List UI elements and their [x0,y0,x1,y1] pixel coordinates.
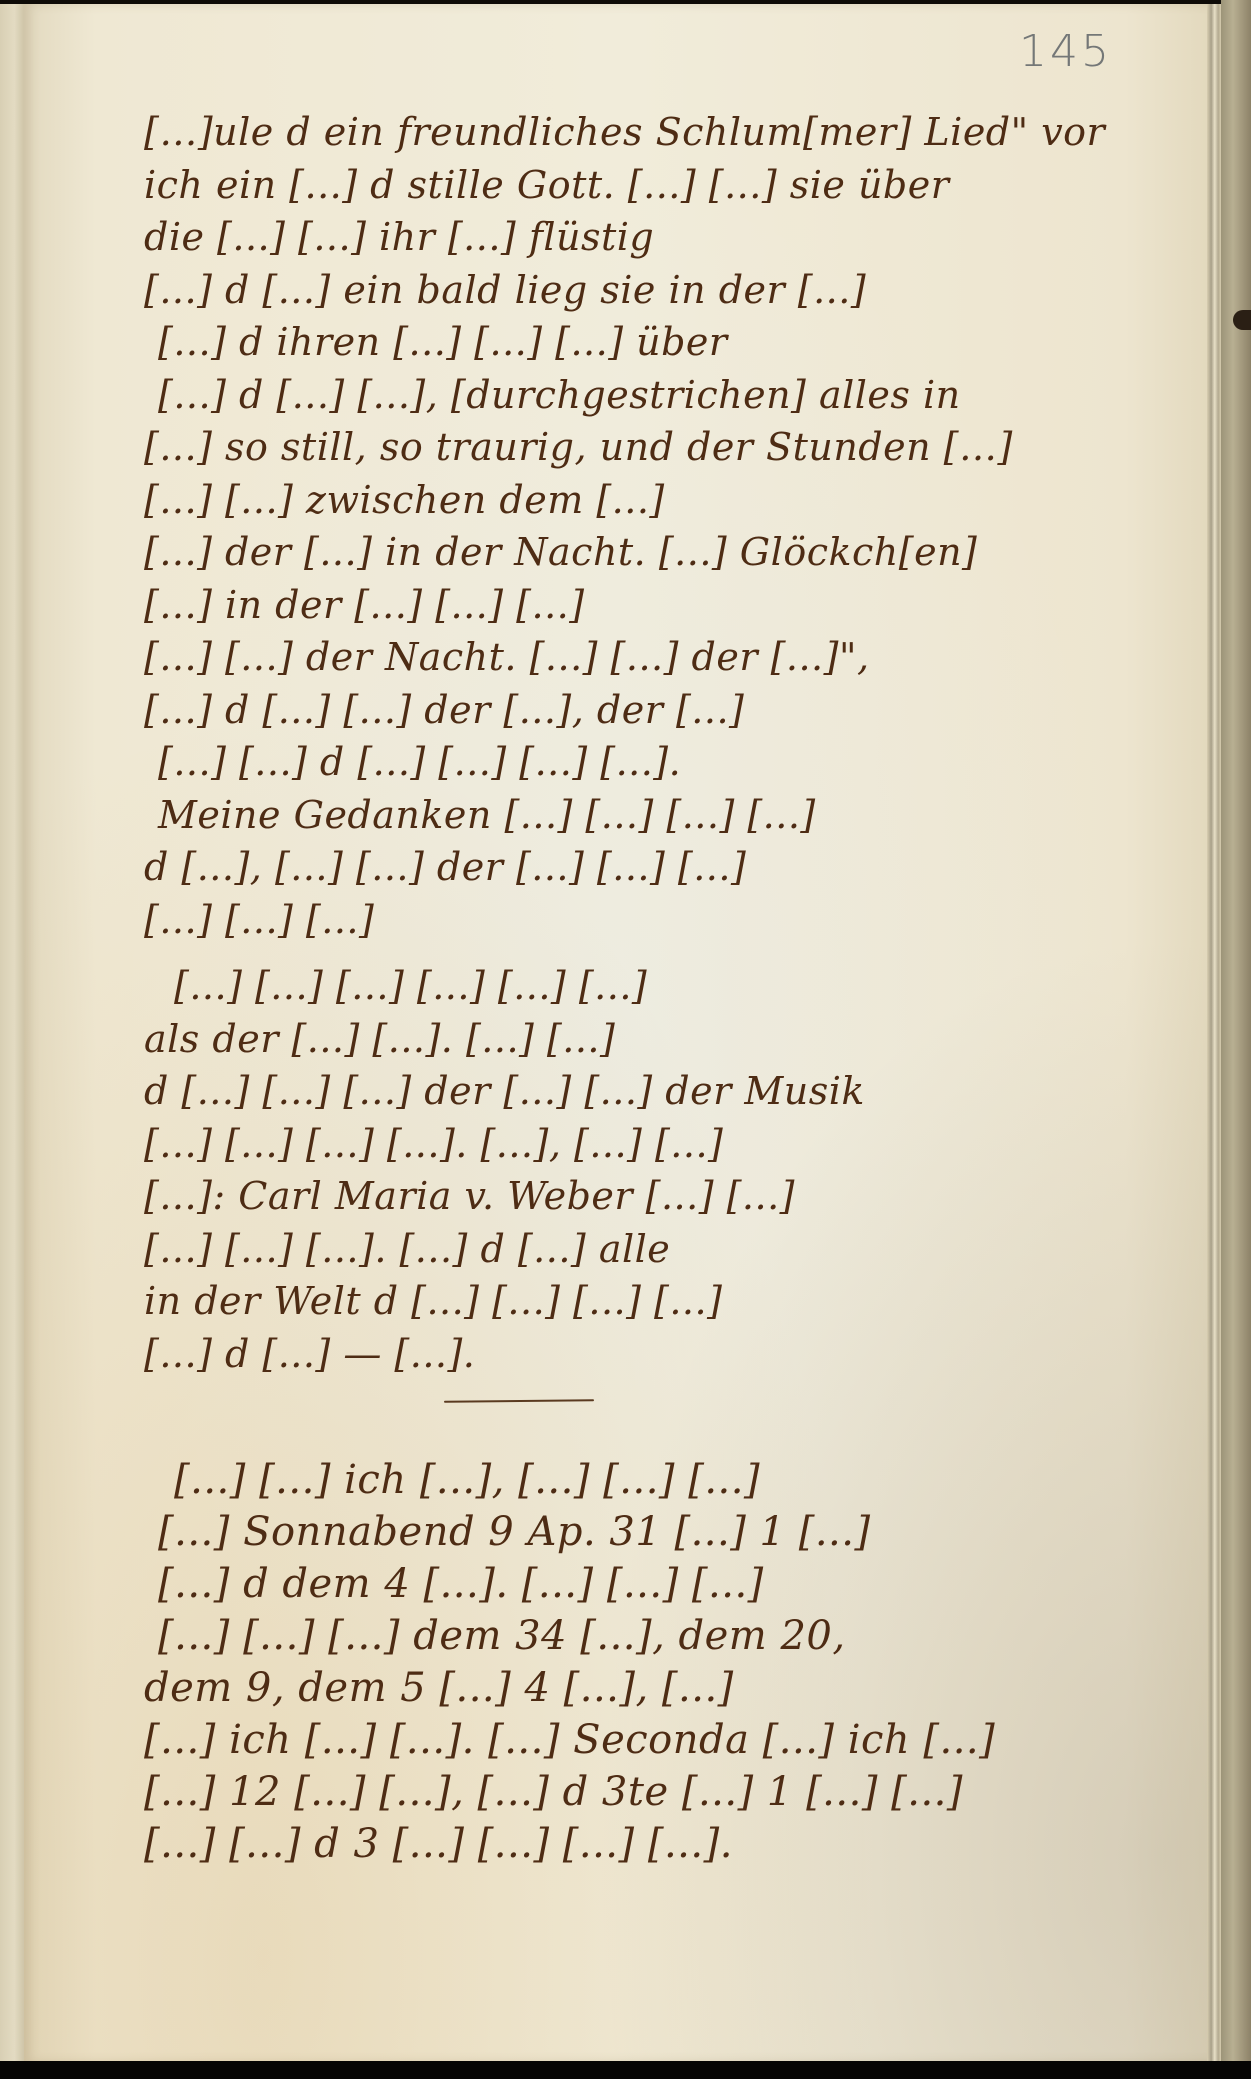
text-line: [...] Sonnabend 9 Ap. 31 [...] 1 [...] [144,1506,1004,1558]
text-line: dem 9, dem 5 [...] 4 [...], [...] [144,1662,1004,1714]
book-cover-edge [1221,0,1251,2079]
manuscript-page: 145 […]ule d ein freundliches Schlum[mer… [24,4,1221,2062]
section-divider-rule [444,1399,594,1403]
text-line: [...] [...] [...] [...]. [...], [...] [.… [144,1118,1004,1171]
paragraph-3: [...] [...] [...] [...] [...] [...] als … [144,960,1004,1380]
paragraph-1: […]ule d ein freundliches Schlum[mer] Li… [144,106,1004,789]
text-line: [...] [...] zwischen dem [...] [144,474,1004,527]
binding-tab [1233,310,1251,330]
text-line: als der [...] [...]. [...] [...] [144,1013,1004,1066]
text-line: […]ule d ein freundliches Schlum[mer] Li… [144,106,1004,159]
text-line: [...] so still, so traurig, und der Stun… [144,421,1004,474]
left-facing-page-edge [0,4,25,2062]
text-line: [...] [...] [...]. [...] d [...] alle [144,1223,1004,1276]
text-line: in der Welt d [...] [...] [...] [...] [144,1275,1004,1328]
paragraph-4: [...] [...] ich [...], [...] [...] [...]… [144,1454,1004,1870]
text-line: [...] in der [...] [...] [...] [144,579,1004,632]
text-line: [...] ich [...] [...]. [...] Seconda [..… [144,1714,1004,1766]
page-edges-stack [1207,4,1221,2062]
manuscript-text: […]ule d ein freundliches Schlum[mer] Li… [144,106,1004,1870]
text-line: die [...] [...] ihr [...] flüstig [144,211,1004,264]
folio-number: 145 [1019,26,1112,77]
text-line: [...] [...] ich [...], [...] [...] [...] [144,1454,1004,1506]
text-line: ich ein [...] d stille Gott. [...] [...]… [144,159,1004,212]
text-line: [...]: Carl Maria v. Weber [...] [...] [144,1170,1004,1223]
text-line: [...] [...] d [...] [...] [...] [...]. [144,736,1004,789]
scan-bottom-border [0,2061,1251,2079]
text-line: Meine Gedanken [...] [...] [...] [...] [144,789,1004,842]
text-line: [...] [...] [...] [...] [...] [...] [144,960,1004,1013]
text-line: [...] [...] der Nacht. [...] [...] der [… [144,631,1004,684]
paragraph-2: Meine Gedanken [...] [...] [...] [...] d… [144,789,1004,947]
text-line: [...] d [...] — [...]. [144,1328,1004,1381]
text-line: d [...] [...] [...] der [...] [...] der … [144,1065,1004,1118]
paragraph-gap [144,946,1004,960]
text-line: [...] d ihren [...] [...] [...] über [144,316,1004,369]
text-line: [...] d [...] [...], [durchgestrichen] a… [144,369,1004,422]
text-line: [...] d [...] ein bald lieg sie in der [… [144,264,1004,317]
text-line: [...] [...] [...] dem 34 [...], dem 20, [144,1610,1004,1662]
text-line: [...] [...] [...] [144,894,1004,947]
text-line: [...] 12 [...] [...], [...] d 3te [...] … [144,1766,1004,1818]
text-line: [...] d dem 4 [...]. [...] [...] [...] [144,1558,1004,1610]
text-line: d [...], [...] [...] der [...] [...] [..… [144,841,1004,894]
text-line: [...] der [...] in der Nacht. [...] Glöc… [144,526,1004,579]
text-line: [...] [...] d 3 [...] [...] [...] [...]. [144,1818,1004,1870]
text-line: [...] d [...] [...] der [...], der [...] [144,684,1004,737]
